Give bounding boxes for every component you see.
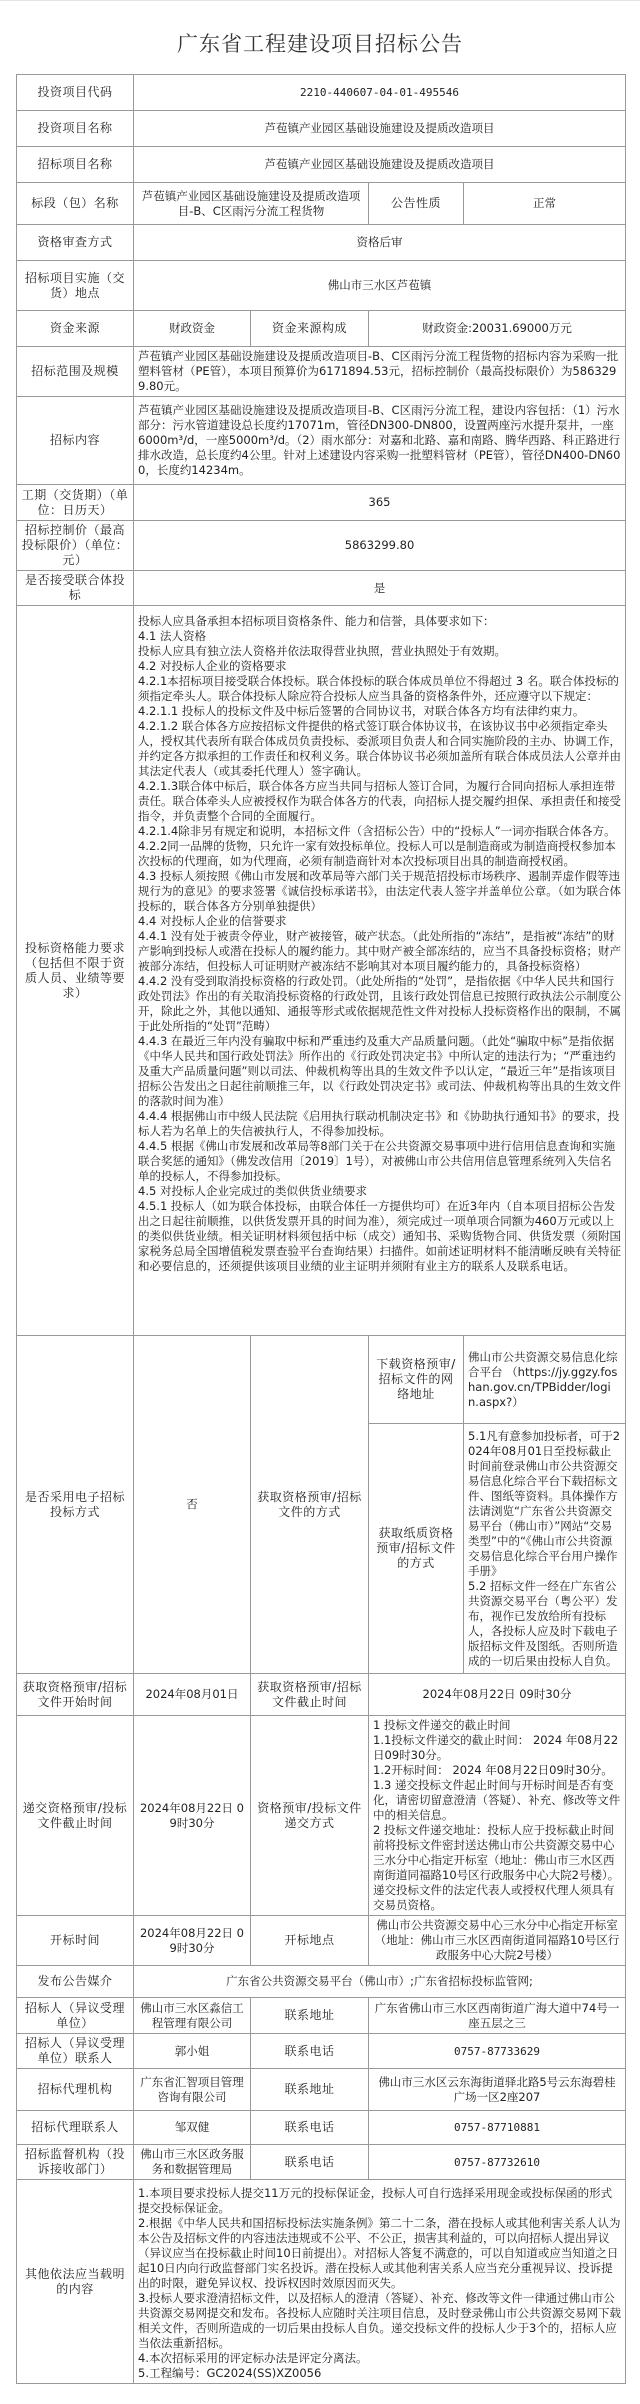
submit-deadline-label: 递交资格预审/投标文件截止时间 [17, 1716, 134, 1916]
agency-contact-label: 招标代理联系人 [17, 2111, 134, 2145]
page-title: 广东省工程建设项目招标公告 [0, 1, 640, 74]
control-price-label: 招标控制价（最高投标限价）（单位：元） [17, 521, 134, 571]
project-code-label: 投资项目代码 [17, 75, 134, 111]
agency-phone-label: 联系电话 [251, 2111, 369, 2145]
tenderer-address-label: 联系地址 [251, 1998, 369, 2034]
review-method-value: 资格后审 [134, 225, 626, 261]
supervisor-phone-label: 联系电话 [251, 2145, 369, 2180]
duration-value: 365 [134, 485, 626, 521]
other-label: 其他依法应当载明的内容 [17, 2180, 134, 2384]
obtain-end-label: 获取资格预审/招标文件截止时间 [251, 1674, 369, 1716]
section-name-value: 芦苞镇产业园区基础设施建设及提质改造项目-B、C区雨污分流工程货物 [134, 183, 369, 225]
row-other: 其他依法应当载明的内容 1.本项目要求投标人提交11万元的投标保证金，投标人可自… [17, 2180, 626, 2384]
obtain-end-value: 2024年08月22日 09时30分 [369, 1674, 626, 1716]
row-supervisor: 招标监督机构（投诉接收部门） 佛山市三水区政务服务和数据管理局 联系电话 075… [17, 2145, 626, 2180]
duration-label: 工期（交货期）（单位：日历天） [17, 485, 134, 521]
row-scope: 招标范围及规模 芦苞镇产业园区基础设施建设及提质改造项目-B、C区雨污分流工程货… [17, 347, 626, 397]
tender-project-name-value: 芦苞镇产业园区基础设施建设及提质改造项目 [134, 147, 626, 183]
tender-project-name-label: 招标项目名称 [17, 147, 134, 183]
row-duration: 工期（交货期）（单位：日历天） 365 [17, 485, 626, 521]
opening-place-label: 开标地点 [251, 1916, 369, 1966]
consortium-label: 是否接受联合体投标 [17, 571, 134, 606]
scope-value: 芦苞镇产业园区基础设施建设及提质改造项目-B、C区雨污分流工程货物的招标内容为采… [134, 347, 626, 397]
row-review-method: 资格审查方式 资格后审 [17, 225, 626, 261]
funding-composition-label: 资金来源构成 [251, 311, 369, 347]
funding-composition-value: 财政资金:20031.69000万元 [369, 311, 626, 347]
row-tenderer-contact: 招标人（异议受理单位）联系人 郭小姐 联系电话 0757-87733629 [17, 2034, 626, 2069]
row-content: 招标内容 芦苞镇产业园区基础设施建设及提质改造项目-B、C区雨污分流工程，建设内… [17, 397, 626, 485]
project-name-label: 投资项目名称 [17, 111, 134, 147]
paper-method-label: 获取纸质资格预审/招标文件的方式 [369, 1424, 464, 1674]
review-method-label: 资格审查方式 [17, 225, 134, 261]
agency-value: 广东省汇智项目管理咨询有限公司 [134, 2069, 251, 2111]
row-qualification: 投标资格能力要求（包括但不限于资质人员、业绩等要求） 投标人应具备承担本招标项目… [17, 606, 626, 1336]
section-name-label: 标段（包）名称 [17, 183, 134, 225]
supervisor-phone-value: 0757-87732610 [369, 2145, 626, 2180]
paper-method-value: 5.1凡有意参加投标者，可于2024年08月01日至投标截止时间前登录佛山市公共… [464, 1424, 626, 1674]
nature-value: 正常 [464, 183, 626, 225]
funding-label: 资金来源 [17, 311, 134, 347]
opening-place-value: 佛山市公共资源交易中心三水分中心指定开标室（地址：佛山市三水区西南街道同福路10… [369, 1916, 626, 1966]
project-name-value: 芦苞镇产业园区基础设施建设及提质改造项目 [134, 111, 626, 147]
tenderer-contact-label: 招标人（异议受理单位）联系人 [17, 2034, 134, 2069]
row-funding: 资金来源 财政资金 资金来源构成 财政资金:20031.69000万元 [17, 311, 626, 347]
electronic-value: 否 [134, 1336, 251, 1674]
submit-method-label: 资格预审/投标文件递交方式 [251, 1716, 369, 1916]
row-agency-contact: 招标代理联系人 邹双健 联系电话 0757-87710881 [17, 2111, 626, 2145]
row-section-name: 标段（包）名称 芦苞镇产业园区基础设施建设及提质改造项目-B、C区雨污分流工程货… [17, 183, 626, 225]
tenderer-label: 招标人（异议受理单位） [17, 1998, 134, 2034]
scope-label: 招标范围及规模 [17, 347, 134, 397]
download-address-value[interactable]: 佛山市公共资源交易信息化综合平台 （https://jy.ggzy.foshan… [464, 1336, 626, 1424]
row-electronic-download: 是否采用电子招标投标方式 否 获取资格预审/招标文件的方式 下载资格预审/招标文… [17, 1336, 626, 1424]
row-tender-project-name: 招标项目名称 芦苞镇产业园区基础设施建设及提质改造项目 [17, 147, 626, 183]
download-address-label: 下载资格预审/招标文件的网络地址 [369, 1336, 464, 1424]
row-agency: 招标代理机构 广东省汇智项目管理咨询有限公司 联系地址 佛山市三水区云东海街道驿… [17, 2069, 626, 2111]
obtain-start-value: 2024年08月01日 [134, 1674, 251, 1716]
agency-label: 招标代理机构 [17, 2069, 134, 2111]
qualification-value: 投标人应具备承担本招标项目资格条件、能力和信誉，具体要求如下： 4.1 法人资格… [134, 606, 626, 1336]
other-value: 1.本项目要求投标人提交11万元的投标保证金，投标人可自行选择采用现金或投标保函… [134, 2180, 626, 2384]
row-project-code: 投资项目代码 2210-440607-04-01-495546 [17, 75, 626, 111]
control-price-value: 5863299.80 [134, 521, 626, 571]
content-value: 芦苞镇产业园区基础设施建设及提质改造项目-B、C区雨污分流工程，建设内容包括：（… [134, 397, 626, 485]
row-project-name: 投资项目名称 芦苞镇产业园区基础设施建设及提质改造项目 [17, 111, 626, 147]
opening-time-label: 开标时间 [17, 1916, 134, 1966]
location-label: 招标项目实施（交货）地点 [17, 261, 134, 311]
agency-address-value: 佛山市三水区云东海街道驿北路5号云东海碧桂广场一区2座207 [369, 2069, 626, 2111]
agency-phone-value: 0757-87710881 [369, 2111, 626, 2145]
row-consortium: 是否接受联合体投标 是 [17, 571, 626, 606]
nature-label: 公告性质 [369, 183, 464, 225]
funding-value: 财政资金 [134, 311, 251, 347]
submit-method-value: 1 投标文件递交的截止时间 1.1投标文件递交的截止时间： 2024 年08月2… [369, 1716, 626, 1916]
content-label: 招标内容 [17, 397, 134, 485]
consortium-value: 是 [134, 571, 626, 606]
row-obtain-time: 获取资格预审/招标文件开始时间 2024年08月01日 获取资格预审/招标文件截… [17, 1674, 626, 1716]
row-submit: 递交资格预审/投标文件截止时间 2024年08月22日 09时30分 资格预审/… [17, 1716, 626, 1916]
row-opening: 开标时间 2024年08月22日 09时30分 开标地点 佛山市公共资源交易中心… [17, 1916, 626, 1966]
tenderer-contact-value: 郭小姐 [134, 2034, 251, 2069]
media-label: 发布公告媒介 [17, 1966, 134, 1998]
project-code-value: 2210-440607-04-01-495546 [134, 75, 626, 111]
row-tenderer: 招标人（异议受理单位） 佛山市三水区淼信工程管理有限公司 联系地址 广东省佛山市… [17, 1998, 626, 2034]
location-value: 佛山市三水区芦苞镇 [134, 261, 626, 311]
media-value: 广东省公共资源交易平台（佛山市）;广东省招标投标监管网; [134, 1966, 626, 1998]
supervisor-value: 佛山市三水区政务服务和数据管理局 [134, 2145, 251, 2180]
qualification-label: 投标资格能力要求（包括但不限于资质人员、业绩等要求） [17, 606, 134, 1336]
electronic-label: 是否采用电子招标投标方式 [17, 1336, 134, 1674]
tenderer-phone-value: 0757-87733629 [369, 2034, 626, 2069]
obtain-method-label: 获取资格预审/招标文件的方式 [251, 1336, 369, 1674]
row-location: 招标项目实施（交货）地点 佛山市三水区芦苞镇 [17, 261, 626, 311]
agency-contact-value: 邹双健 [134, 2111, 251, 2145]
row-media: 发布公告媒介 广东省公共资源交易平台（佛山市）;广东省招标投标监管网; [17, 1966, 626, 1998]
row-control-price: 招标控制价（最高投标限价）（单位：元） 5863299.80 [17, 521, 626, 571]
opening-time-value: 2024年08月22日 09时30分 [134, 1916, 251, 1966]
obtain-start-label: 获取资格预审/招标文件开始时间 [17, 1674, 134, 1716]
tenderer-phone-label: 联系电话 [251, 2034, 369, 2069]
supervisor-label: 招标监督机构（投诉接收部门） [17, 2145, 134, 2180]
tenderer-address-value: 广东省佛山市三水区西南街道广海大道中74号一座五层之三 [369, 1998, 626, 2034]
agency-address-label: 联系地址 [251, 2069, 369, 2111]
submit-deadline-value: 2024年08月22日 09时30分 [134, 1716, 251, 1916]
announcement-table: 投资项目代码 2210-440607-04-01-495546 投资项目名称 芦… [16, 74, 626, 2384]
tenderer-value: 佛山市三水区淼信工程管理有限公司 [134, 1998, 251, 2034]
